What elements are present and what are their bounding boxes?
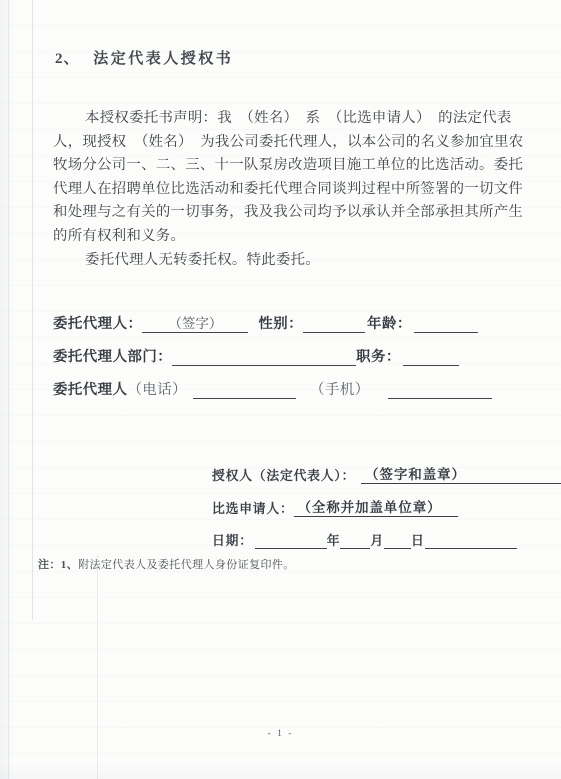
scan-artifact-line-left-edge	[8, 0, 9, 779]
mobile-blank	[388, 380, 492, 399]
authorization-statement: 本授权委托书声明：我 （姓名） 系 （比选申请人） 的法定代表 人，现授权 （姓…	[53, 107, 539, 272]
date-row: 日期： 年 月 日	[212, 530, 517, 549]
date-label: 日期：	[212, 530, 253, 549]
applicant-blank: （全称并加盖单位章）	[294, 499, 458, 517]
department-blank	[172, 347, 356, 366]
phone-blank	[193, 380, 296, 399]
statement-line-6: 的所有权利和义务。	[53, 225, 539, 249]
age-blank	[414, 314, 478, 333]
statement-line-1: 本授权委托书声明：我 （姓名） 系 （比选申请人） 的法定代表	[53, 107, 539, 131]
signature-hint: （签字）	[168, 312, 222, 332]
statement-line-4: 代理人在招聘单位比选活动和委托代理合同谈判过程中所签署的一切文件	[53, 178, 539, 202]
phone-label: （电话）	[127, 378, 187, 399]
footnote-lead: 注：1、	[38, 559, 78, 571]
gender-blank	[303, 314, 365, 333]
date-month-blank	[340, 533, 370, 549]
department-label: 委托代理人部门：	[53, 345, 172, 366]
footnote-text: 附法定代表人及委托代理人身份证复印件。	[78, 559, 295, 571]
agent-contact-label: 委托代理人	[53, 378, 127, 399]
document-title: 2、 法定代表人授权书	[55, 47, 233, 68]
age-label: 年龄：	[367, 312, 412, 333]
statement-line-3: 牧场分公司一、二、三、十一队泵房改造项目施工单位的比选活动。委托	[53, 154, 539, 178]
agent-signature-blank: （签字）	[142, 314, 248, 333]
agent-label: 委托代理人：	[53, 312, 142, 333]
statement-line-5: 和处理与之有关的一切事务，我及我公司均予以承认并全部承担其所产生	[53, 201, 539, 225]
authorizer-signature-hint: （签字和盖章）	[361, 464, 470, 483]
gender-label: 性别：	[258, 312, 303, 333]
authorizer-signature-blank: （签字和盖章）	[361, 466, 561, 484]
footnote: 注：1、附法定代表人及委托代理人身份证复印件。	[38, 556, 295, 572]
document-title-text: 法定代表人授权书	[93, 51, 233, 67]
applicant-label: 比选申请人：	[212, 498, 294, 517]
day-label: 日	[411, 530, 425, 549]
authorizer-label: 授权人（法定代表人）：	[212, 465, 355, 484]
agent-phone-row: 委托代理人 （电话） （手机）	[53, 378, 492, 399]
date-year-blank	[255, 533, 327, 549]
applicant-hint: （全称并加盖单位章）	[294, 497, 446, 516]
closing-statement: 委托代理人无转委托权。特此委托。	[53, 249, 539, 273]
month-label: 月	[370, 530, 384, 549]
scan-artifact-line-lower	[97, 555, 98, 779]
year-label: 年	[327, 530, 341, 549]
applicant-row: 比选申请人： （全称并加盖单位章）	[212, 498, 458, 517]
section-number: 2、	[55, 51, 80, 67]
duty-label: 职务：	[356, 345, 401, 366]
date-trailing-blank	[425, 533, 517, 549]
agent-name-row: 委托代理人： （签字） 性别： 年龄：	[53, 312, 478, 333]
scan-artifact-line-upper	[32, 0, 33, 620]
agent-department-row: 委托代理人部门： 职务：	[53, 345, 459, 366]
scanned-document-page: 2、 法定代表人授权书 本授权委托书声明：我 （姓名） 系 （比选申请人） 的法…	[0, 0, 561, 779]
mobile-label: （手机）	[310, 378, 370, 399]
page-number: - 1 -	[0, 729, 561, 739]
statement-line-2: 人，现授权 （姓名） 为我公司委托代理人，以本公司的名义参加宜里农	[53, 131, 539, 155]
authorizer-signature-row: 授权人（法定代表人）： （签字和盖章）	[212, 465, 561, 484]
date-day-blank	[384, 533, 411, 549]
duty-blank	[403, 347, 459, 366]
